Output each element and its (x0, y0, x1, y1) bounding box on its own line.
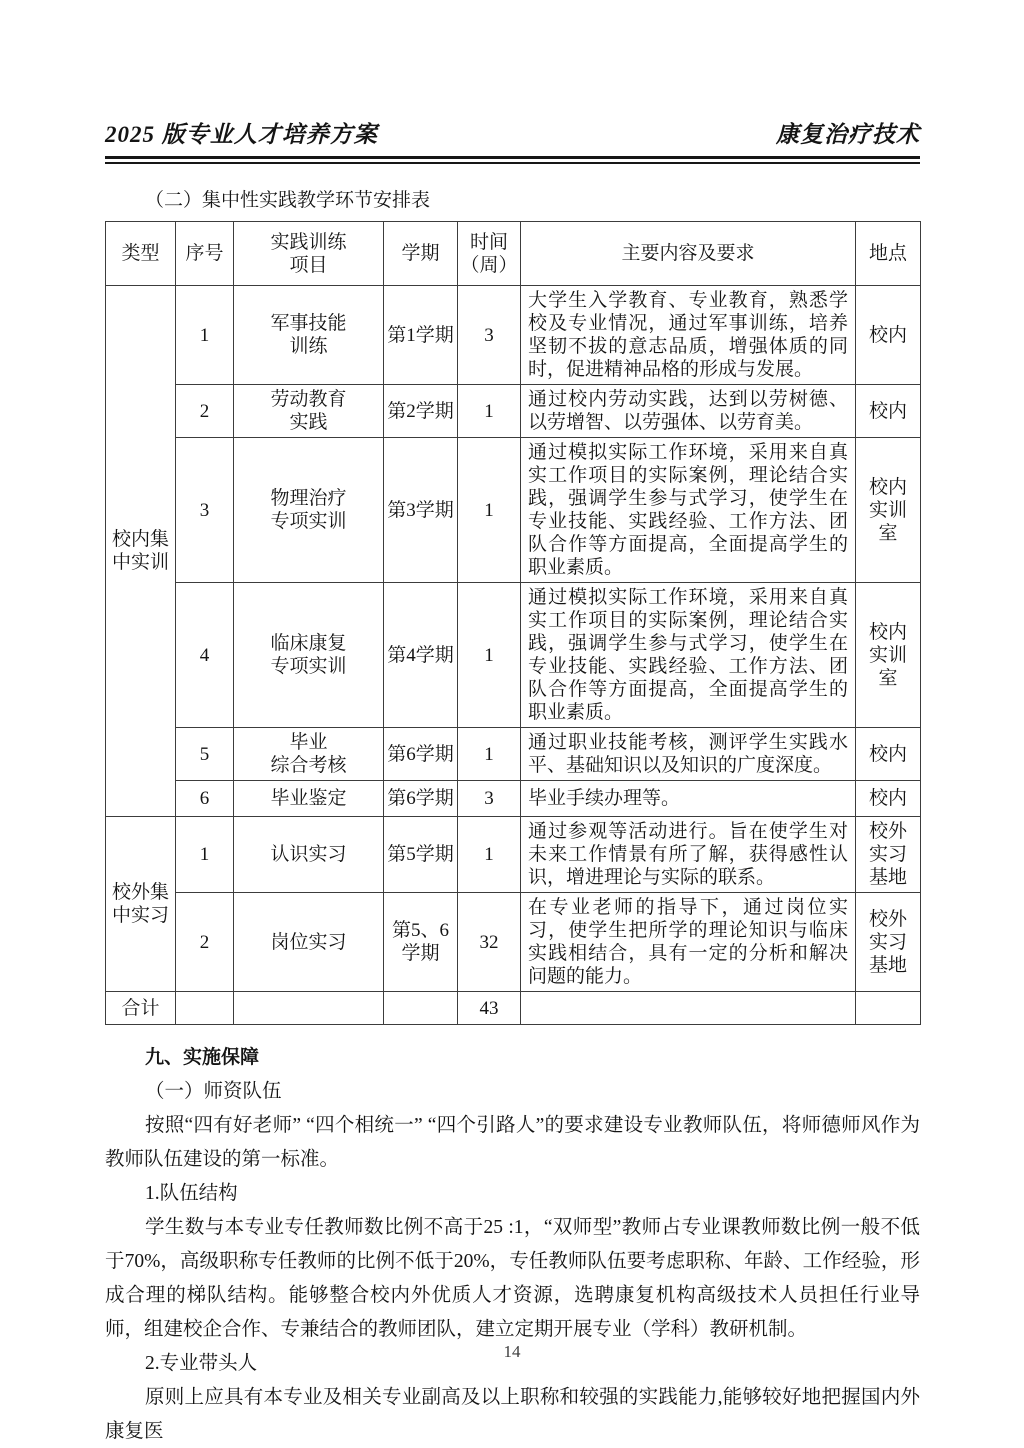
cell-no: 1 (176, 286, 234, 385)
cell-item: 军事技能 训练 (234, 286, 384, 385)
cell-time: 1 (458, 817, 521, 893)
table-total-row: 合计 43 (106, 992, 921, 1025)
col-header-no: 序号 (176, 222, 234, 286)
cell-no: 4 (176, 583, 234, 728)
table-row: 5 毕业 综合考核 第6学期 1 通过职业技能考核，测评学生实践水平、基础知识以… (106, 728, 921, 781)
cell-no: 2 (176, 893, 234, 992)
table-row: 3 物理治疗 专项实训 第3学期 1 通过模拟实际工作环境，采用来自真实工作项目… (106, 438, 921, 583)
table-row: 4 临床康复 专项实训 第4学期 1 通过模拟实际工作环境，采用来自真实工作项目… (106, 583, 921, 728)
cell-semester: 第2学期 (384, 385, 458, 438)
cell-semester: 第5学期 (384, 817, 458, 893)
cell-empty (521, 992, 856, 1025)
cell-semester: 第1学期 (384, 286, 458, 385)
cell-place: 校内 (856, 728, 921, 781)
cell-item: 毕业 综合考核 (234, 728, 384, 781)
cell-content: 在专业老师的指导下，通过岗位实习，使学生把所学的理论知识与临床实践相结合，具有一… (521, 893, 856, 992)
cell-content: 通过模拟实际工作环境，采用来自真实工作项目的实际案例，理论结合实践，强调学生参与… (521, 583, 856, 728)
paragraph-leader: 原则上应具有本专业及相关专业副高及以上职称和较强的实践能力,能够较好地把握国内外… (105, 1381, 920, 1448)
cell-content: 通过参观等活动进行。旨在使学生对未来工作情景有所了解，获得感性认识，增进理论与实… (521, 817, 856, 893)
cell-total-time: 43 (458, 992, 521, 1025)
table-row: 2 岗位实习 第5、6 学期 32 在专业老师的指导下，通过岗位实习，使学生把所… (106, 893, 921, 992)
col-header-content: 主要内容及要求 (521, 222, 856, 286)
header-right-title: 康复治疗技术 (776, 116, 920, 149)
cell-place: 校内 实训 室 (856, 583, 921, 728)
header-left-title: 2025 版专业人才培养方案 (105, 116, 378, 149)
col-header-item: 实践训练 项目 (234, 222, 384, 286)
table-row: 校内集 中实训 1 军事技能 训练 第1学期 3 大学生入学教育、专业教育，熟悉… (106, 286, 921, 385)
cell-item: 物理治疗 专项实训 (234, 438, 384, 583)
subsection-heading-faculty: （一）师资队伍 (105, 1075, 920, 1109)
cell-total-label: 合计 (106, 992, 176, 1025)
cell-time: 3 (458, 781, 521, 817)
cell-time: 3 (458, 286, 521, 385)
cell-content: 通过模拟实际工作环境，采用来自真实工作项目的实际案例，理论结合实践，强调学生参与… (521, 438, 856, 583)
cell-time: 1 (458, 385, 521, 438)
col-header-semester: 学期 (384, 222, 458, 286)
cell-time: 32 (458, 893, 521, 992)
cell-content: 通过职业技能考核，测评学生实践水平、基础知识以及知识的广度深度。 (521, 728, 856, 781)
cell-content: 通过校内劳动实践，达到以劳树德、以劳增智、以劳强体、以劳育美。 (521, 385, 856, 438)
cell-no: 1 (176, 817, 234, 893)
cell-place: 校内 (856, 385, 921, 438)
cell-no: 3 (176, 438, 234, 583)
paragraph-faculty-intro: 按照“四有好老师” “四个相统一” “四个引路人”的要求建设专业教师队伍，将师德… (105, 1109, 920, 1177)
page-content: 2025 版专业人才培养方案 康复治疗技术 （二）集中性实践教学环节安排表 类型… (105, 116, 920, 1448)
cell-semester: 第3学期 (384, 438, 458, 583)
col-header-place: 地点 (856, 222, 921, 286)
header-double-rule (105, 156, 920, 164)
table-row: 2 劳动教育 实践 第2学期 1 通过校内劳动实践，达到以劳树德、以劳增智、以劳… (106, 385, 921, 438)
cell-no: 6 (176, 781, 234, 817)
cell-semester: 第5、6 学期 (384, 893, 458, 992)
col-header-time: 时间 （周） (458, 222, 521, 286)
practice-schedule-table: 类型 序号 实践训练 项目 学期 时间 （周） 主要内容及要求 地点 校内集 中… (105, 221, 921, 1025)
cell-time: 1 (458, 583, 521, 728)
cell-time: 1 (458, 728, 521, 781)
cell-content: 毕业手续办理等。 (521, 781, 856, 817)
cell-item: 毕业鉴定 (234, 781, 384, 817)
cell-group-type-oncampus: 校内集 中实训 (106, 286, 176, 817)
table-row: 6 毕业鉴定 第6学期 3 毕业手续办理等。 校内 (106, 781, 921, 817)
cell-item: 认识实习 (234, 817, 384, 893)
cell-place: 校内 (856, 781, 921, 817)
page-number: 14 (0, 1342, 1024, 1362)
section-heading-9: 九、实施保障 (105, 1041, 920, 1075)
body-sections: 九、实施保障 （一）师资队伍 按照“四有好老师” “四个相统一” “四个引路人”… (105, 1041, 920, 1448)
subsection-heading-structure: 1.队伍结构 (105, 1177, 920, 1211)
table-row: 校外集 中实习 1 认识实习 第5学期 1 通过参观等活动进行。旨在使学生对未来… (106, 817, 921, 893)
col-header-type: 类型 (106, 222, 176, 286)
table-header-row: 类型 序号 实践训练 项目 学期 时间 （周） 主要内容及要求 地点 (106, 222, 921, 286)
cell-empty (176, 992, 234, 1025)
paragraph-structure: 学生数与本专业专任教师数比例不高于25 :1，“双师型”教师占专业课教师数比例一… (105, 1211, 920, 1347)
document-page: 2025 版专业人才培养方案 康复治疗技术 （二）集中性实践教学环节安排表 类型… (0, 0, 1024, 1448)
cell-no: 5 (176, 728, 234, 781)
cell-semester: 第4学期 (384, 583, 458, 728)
cell-semester: 第6学期 (384, 781, 458, 817)
cell-empty (234, 992, 384, 1025)
cell-semester: 第6学期 (384, 728, 458, 781)
cell-no: 2 (176, 385, 234, 438)
cell-time: 1 (458, 438, 521, 583)
cell-item: 岗位实习 (234, 893, 384, 992)
cell-place: 校内 实训 室 (856, 438, 921, 583)
cell-item: 劳动教育 实践 (234, 385, 384, 438)
cell-empty (384, 992, 458, 1025)
cell-place: 校内 (856, 286, 921, 385)
running-header: 2025 版专业人才培养方案 康复治疗技术 (105, 116, 920, 149)
cell-content: 大学生入学教育、专业教育，熟悉学校及专业情况，通过军事训练，培养坚韧不拔的意志品… (521, 286, 856, 385)
table-title: （二）集中性实践教学环节安排表 (105, 185, 920, 212)
cell-item: 临床康复 专项实训 (234, 583, 384, 728)
cell-empty (856, 992, 921, 1025)
cell-place: 校外 实习 基地 (856, 893, 921, 992)
cell-place: 校外 实习 基地 (856, 817, 921, 893)
cell-group-type-offcampus: 校外集 中实习 (106, 817, 176, 992)
